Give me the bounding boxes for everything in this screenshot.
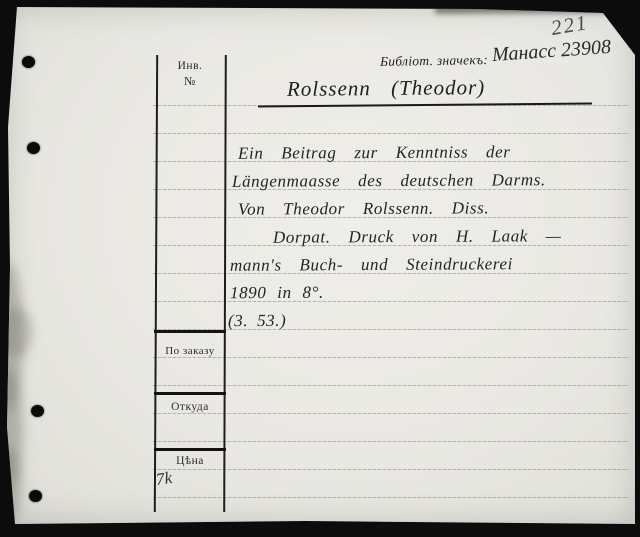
row-label-otkuda: Откуда	[155, 401, 225, 413]
punch-hole	[22, 56, 35, 68]
row-label-po-zakazu: По заказу	[155, 345, 225, 357]
scan-edge-smudge	[435, 2, 640, 13]
table-row-divider	[154, 448, 226, 451]
entry-line: Längenmaasse des deutschen Darms.	[232, 170, 546, 192]
price-mark: 7k	[155, 468, 174, 490]
row-label-tsena: Цѣна	[155, 455, 225, 467]
entry-line: mann's Buch- und Steindruckerei	[230, 254, 513, 275]
punch-hole	[27, 142, 40, 154]
punch-hole	[31, 405, 44, 417]
inventory-number-sign: №	[155, 74, 225, 89]
entry-line: Dorpat. Druck von H. Laak —	[273, 226, 562, 248]
entry-line: Ein Beitrag zur Kenntniss der	[238, 142, 511, 163]
water-stain	[0, 307, 33, 357]
scanned-catalog-card: Инв. № По заказу Откуда Цѣна Библіот. зн…	[0, 0, 640, 537]
library-stamp-label: Библіот. значекъ:	[380, 52, 488, 70]
entry-line: Von Theodor Rolssenn. Diss.	[238, 198, 489, 219]
entry-line: 1890 in 8°.	[230, 283, 324, 303]
entry-line: (3. 53.)	[228, 311, 286, 331]
punch-hole	[29, 490, 42, 502]
page-number: 221	[549, 10, 590, 41]
inventory-number-label: Инв.	[155, 60, 225, 72]
card-title-author: Rolssenn (Theodor)	[287, 75, 485, 102]
card-paper: Инв. № По заказу Откуда Цѣна Библіот. зн…	[5, 7, 635, 524]
table-row-divider	[154, 392, 226, 395]
library-stamp-value: Манасс 23908	[491, 36, 611, 67]
table-row-divider	[154, 330, 226, 333]
